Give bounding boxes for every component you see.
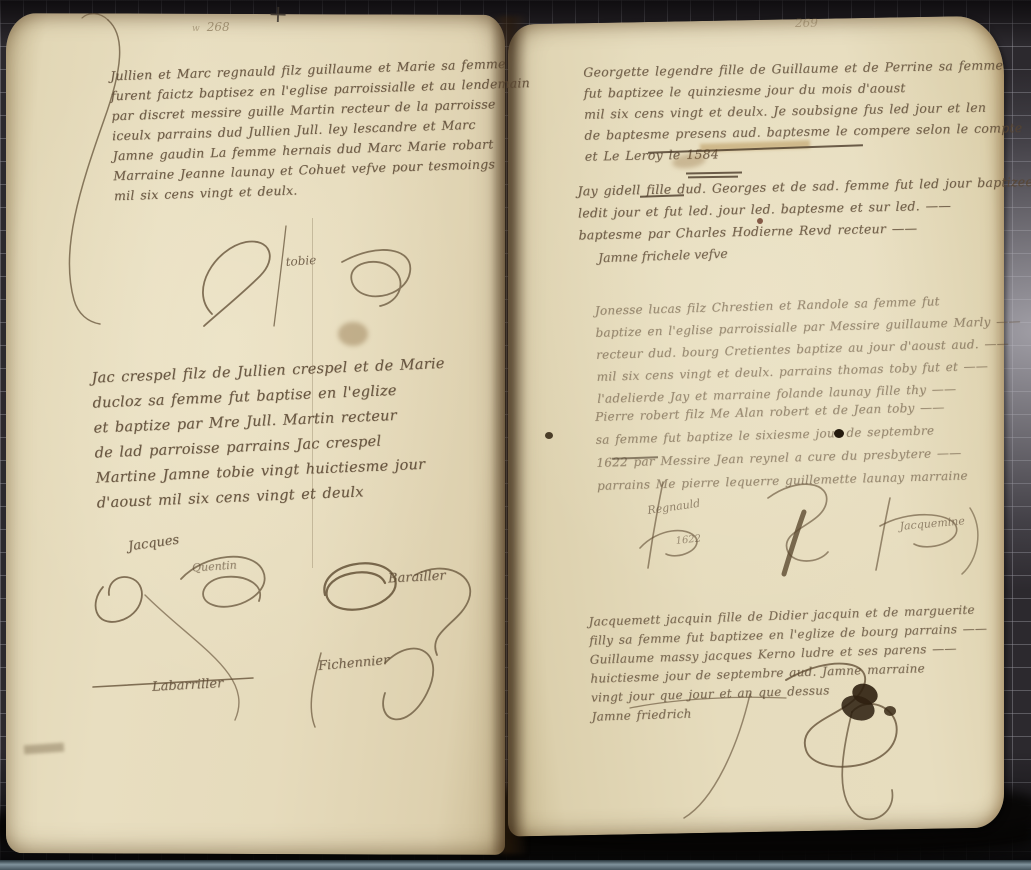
signature-flourish-right-bottom	[600, 650, 1000, 840]
baptism-entry-right-1: Georgette legendre fille de Guillaume et…	[583, 54, 1009, 166]
ink-blot	[834, 429, 844, 438]
folio-prefix: w	[192, 24, 200, 34]
ink-blot	[545, 432, 553, 439]
folio-number-left: w268	[192, 20, 230, 34]
page-crease	[312, 218, 313, 568]
signature-regnauld-label: Regnauld	[646, 497, 701, 517]
signature-row-right: Regnauld 1622 Jacquemine	[618, 468, 1008, 583]
baptism-entry-right-3: Jonesse lucas filz Chrestien et Randole …	[595, 288, 1018, 410]
manuscript-photo: + w268 Jullien et Marc regnauld filz gui…	[0, 0, 1031, 870]
baptism-entry-left-1: Jullien et Marc regnauld filz guillaume …	[110, 54, 516, 207]
table-edge	[0, 860, 1031, 870]
baptism-entry-right-2: Jay gidell fille dud. Georges et de sad.…	[577, 172, 1008, 247]
signature-flourish-tobie: tobie	[182, 218, 452, 338]
signature-date-label: 1622	[675, 533, 701, 547]
page-stain	[338, 322, 368, 346]
baptism-entry-left-2: Jac crespel filz de Jullien crespel et d…	[91, 349, 509, 516]
folio-value: 269	[795, 16, 818, 30]
ink-blot	[884, 706, 896, 716]
signature-flourishes-left-bottom	[85, 535, 515, 735]
folio-number-right: 269	[795, 16, 818, 30]
signature-jacquemine-label: Jacquemine	[897, 514, 966, 533]
folio-value: 268	[207, 20, 230, 34]
cross-mark: +	[268, 0, 289, 28]
ink-spot	[757, 218, 763, 224]
